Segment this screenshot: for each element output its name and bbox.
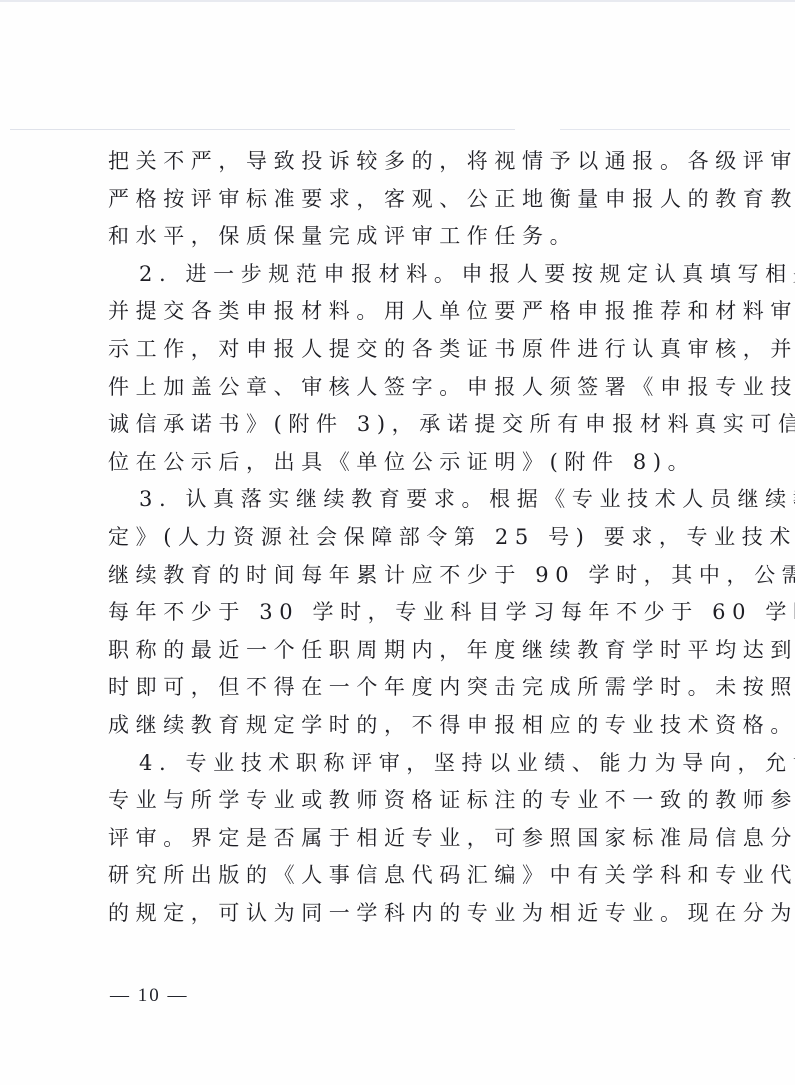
- text-line: 2. 进一步规范申报材料。申报人要按规定认真填写相关表格: [108, 256, 693, 294]
- text-line: 专业与所学专业或教师资格证标注的专业不一致的教师参与职称: [108, 782, 693, 820]
- text-line: 每年不少于 30 学时，专业科目学习每年不少于 60 学时。在申报: [108, 594, 693, 632]
- text-line: 诚信承诺书》(附件 3)，承诺提交所有申报材料真实可信。用人单: [108, 406, 693, 444]
- header-rule: [10, 129, 515, 130]
- text-line: 位在公示后，出具《单位公示证明》(附件 8)。: [108, 444, 693, 482]
- text-line: 示工作，对申报人提交的各类证书原件进行认真审核，并在复印: [108, 331, 693, 369]
- text-line: 时即可，但不得在一个年度内突击完成所需学时。未按照要求完: [108, 669, 693, 707]
- text-line: 把关不严，导致投诉较多的，将视情予以通报。各级评审组织要: [108, 143, 693, 181]
- text-line: 成继续教育规定学时的，不得申报相应的专业技术资格。: [108, 707, 693, 745]
- text-line: 研究所出版的《人事信息代码汇编》中有关学科和专业代码部分: [108, 857, 693, 895]
- text-line: 和水平，保质保量完成评审工作任务。: [108, 218, 693, 256]
- body-text: 把关不严，导致投诉较多的，将视情予以通报。各级评审组织要 严格按评审标准要求，客…: [108, 143, 693, 932]
- text-line: 并提交各类申报材料。用人单位要严格申报推荐和材料审核、公: [108, 293, 693, 331]
- paragraph-4-title-review: 4. 专业技术职称评审，坚持以业绩、能力为导向，允许所教 专业与所学专业或教师资…: [108, 745, 693, 933]
- text-line: 的规定，可认为同一学科内的专业为相近专业。现在分为 12 大学: [108, 895, 693, 933]
- paragraph-3-continuing-education: 3. 认真落实继续教育要求。根据《专业技术人员继续教育规 定》(人力资源社会保障…: [108, 481, 693, 744]
- paragraph-2-application-materials: 2. 进一步规范申报材料。申报人要按规定认真填写相关表格 并提交各类申报材料。用…: [108, 256, 693, 482]
- scan-edge: [0, 0, 795, 2]
- text-line: 继续教育的时间每年累计应不少于 90 学时，其中，公需科目学习: [108, 557, 693, 595]
- text-line: 3. 认真落实继续教育要求。根据《专业技术人员继续教育规: [108, 481, 693, 519]
- page-number: — 10 —: [110, 985, 189, 1007]
- text-line: 职称的最近一个任职周期内，年度继续教育学时平均达到规定学: [108, 632, 693, 670]
- text-line: 定》(人力资源社会保障部令第 25 号) 要求，专业技术人员参加: [108, 519, 693, 557]
- text-line: 评审。界定是否属于相近专业，可参照国家标准局信息分类编码: [108, 820, 693, 858]
- text-line: 4. 专业技术职称评审，坚持以业绩、能力为导向，允许所教: [108, 745, 693, 783]
- paragraph-review-continuation: 把关不严，导致投诉较多的，将视情予以通报。各级评审组织要 严格按评审标准要求，客…: [108, 143, 693, 256]
- text-line: 件上加盖公章、审核人签字。申报人须签署《申报专业技术资格: [108, 369, 693, 407]
- header-rule-right: [560, 129, 790, 130]
- text-line: 严格按评审标准要求，客观、公正地衡量申报人的教育教学能力: [108, 181, 693, 219]
- document-page: 把关不严，导致投诉较多的，将视情予以通报。各级评审组织要 严格按评审标准要求，客…: [0, 0, 795, 1085]
